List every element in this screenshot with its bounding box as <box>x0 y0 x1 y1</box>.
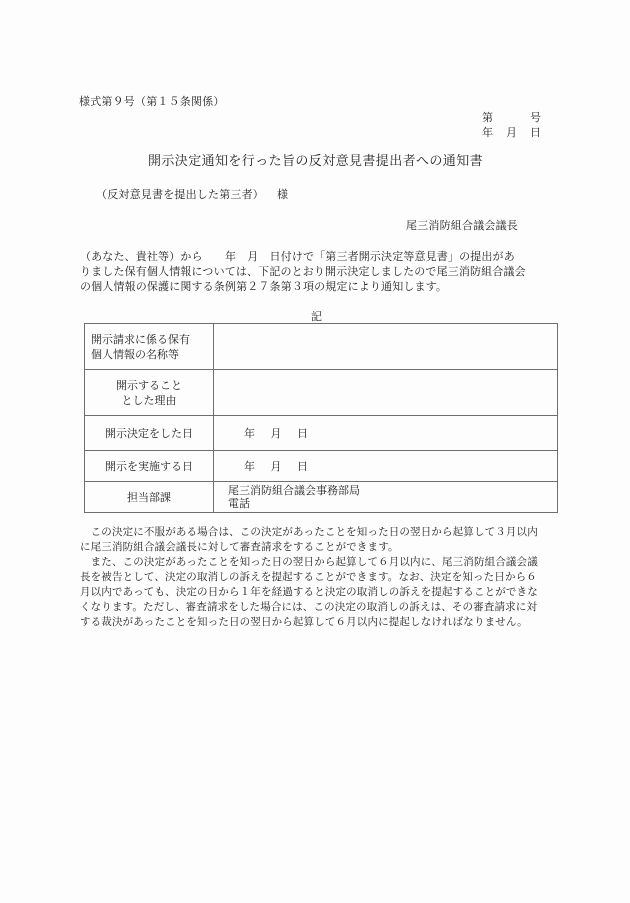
intro-line-2: りました保有個人情報については、下記のとおり開示決定しましたので尾三消防組合議会 <box>80 264 526 280</box>
row-label-decision-date: 開示決定をした日 <box>85 416 214 451</box>
intro-line-3: の個人情報の保護に関する条例第２７条第３項の規定により通知します。 <box>80 279 447 295</box>
doc-number-suffix: 号 <box>530 110 541 125</box>
note-line-5: 月以内であっても、決定の日から１年を経過すると決定の取消しの訴えを提起することが… <box>80 585 538 600</box>
note-line-1: この決定に不服がある場合は、この決定があったことを知った日の翌日から起算して３月… <box>80 525 538 540</box>
intro-line-1: （あなた、貴社等）から 年 月 日付けで「第三者開示決定等意見書」の提出があ <box>80 249 515 265</box>
department-name: 尾三消防組合議会事務部局 <box>228 484 551 498</box>
date-year: 年 <box>482 125 493 140</box>
year-mark: 年 <box>244 459 255 474</box>
note-line-3: また、この決定があったことを知った日の翌日から起算して６月以内に、尾三消防組合議… <box>80 555 538 570</box>
row-label-department: 担当部課 <box>85 482 214 513</box>
row-value-implementation-date: 年 月 日 <box>214 451 558 482</box>
table-row: 開示すること とした理由 <box>85 370 558 416</box>
sender-name: 尾三消防組合議会議長 <box>406 218 518 233</box>
record-table: 開示請求に係る保有 個人情報の名称等 開示すること とした理由 開示決定をした日… <box>84 323 558 513</box>
note-line-2: に尾三消防組合議会議長に対して審査請求をすることができます。 <box>80 540 399 555</box>
row-value-decision-date: 年 月 日 <box>214 416 558 451</box>
label-line: とした理由 <box>91 393 207 408</box>
row-value-reason <box>214 370 558 416</box>
table-row: 開示を実施する日 年 月 日 <box>85 451 558 482</box>
doc-number-prefix: 第 <box>482 110 493 125</box>
table-row: 開示決定をした日 年 月 日 <box>85 416 558 451</box>
year-mark: 年 <box>244 426 255 441</box>
label-line: 開示請求に係る保有 <box>91 332 207 347</box>
note-line-4: 長を被告として、決定の取消しの訴えを提起することができます。なお、決定を知った日… <box>80 570 537 585</box>
row-value-department: 尾三消防組合議会事務部局 電話 <box>214 482 558 513</box>
date-day: 日 <box>530 125 541 140</box>
department-phone: 電話 <box>228 497 551 511</box>
addressee-honorific: 様 <box>277 187 288 202</box>
row-label-reason: 開示すること とした理由 <box>85 370 214 416</box>
day-mark: 日 <box>297 459 308 474</box>
table-row: 担当部課 尾三消防組合議会事務部局 電話 <box>85 482 558 513</box>
label-line: 個人情報の名称等 <box>91 347 207 362</box>
month-mark: 月 <box>271 459 282 474</box>
label-line: 開示すること <box>91 378 207 393</box>
document-title: 開示決定通知を行った旨の反対意見書提出者への通知書 <box>148 154 483 170</box>
form-number: 様式第９号（第１５条関係） <box>79 94 225 109</box>
day-mark: 日 <box>297 426 308 441</box>
month-mark: 月 <box>271 426 282 441</box>
addressee-name: （反対意見書を提出した第三者） <box>96 187 264 202</box>
row-label-implementation-date: 開示を実施する日 <box>85 451 214 482</box>
row-label-record-name: 開示請求に係る保有 個人情報の名称等 <box>85 324 214 370</box>
note-line-7: する裁決があったことを知った日の翌日から起算して６月以内に提起しなければなりませ… <box>80 615 528 630</box>
document-page: 様式第９号（第１５条関係） 第 号 年 月 日 開示決定通知を行った旨の反対意見… <box>0 0 630 903</box>
row-value-record-name <box>214 324 558 370</box>
ki-heading: 記 <box>311 309 322 324</box>
note-line-6: くなります。ただし、審査請求をした場合には、この決定の取消しの訴えは、その審査請… <box>80 600 537 615</box>
table-row: 開示請求に係る保有 個人情報の名称等 <box>85 324 558 370</box>
date-month: 月 <box>506 125 517 140</box>
